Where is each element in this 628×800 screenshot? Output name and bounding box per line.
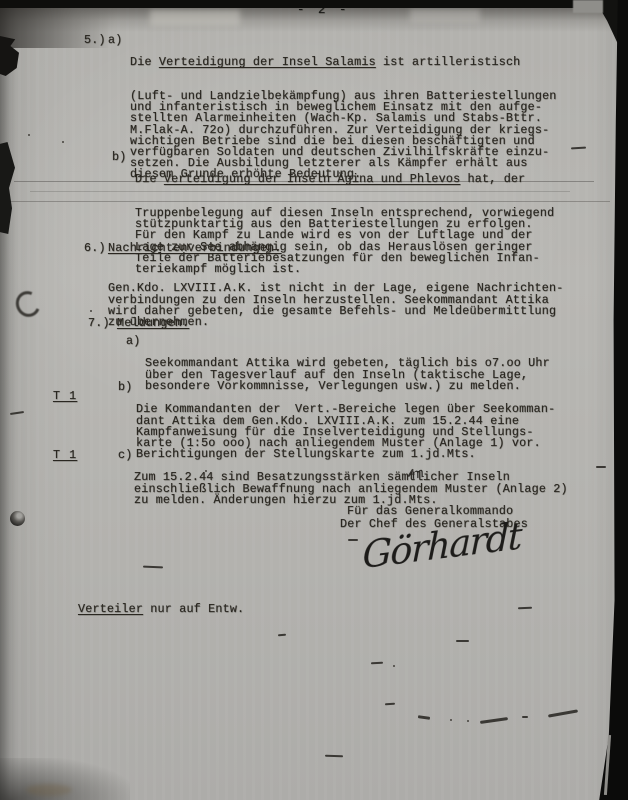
item-label-7b: b)	[118, 382, 132, 393]
item-label-7c: c)	[118, 450, 132, 461]
text-run: ist artilleristisch	[376, 55, 521, 69]
speck	[62, 141, 64, 143]
speck	[450, 719, 452, 721]
text-run: Die	[135, 172, 164, 186]
pencil-dash	[456, 640, 469, 642]
scan-edge-left	[0, 0, 16, 800]
section-number-7: 7.)	[88, 318, 110, 329]
pencil-dash	[596, 466, 606, 468]
hole-punch-mark	[10, 511, 25, 526]
distribution-note: Verteiler nur auf Entw.	[78, 604, 244, 615]
torn-paper-patch	[573, 0, 603, 13]
text-run: nur auf Entw.	[143, 602, 244, 616]
speck	[393, 665, 395, 667]
scanned-document-page: - 2 - 5.) a) Die Verteidigung der Insel …	[0, 0, 628, 800]
margin-note-t1: T 1	[53, 391, 77, 402]
section-number-5: 5.)	[84, 35, 106, 46]
pencil-dash	[348, 539, 358, 541]
margin-note-t1: T 1	[53, 450, 77, 461]
top-left-shade	[0, 6, 150, 48]
text-run: hat, der	[460, 172, 525, 186]
underlined-phrase: Verteidigung der Insel Salamis	[159, 55, 376, 69]
section-heading-6: Nachrichtenverbindungen.	[108, 243, 282, 254]
top-light-patch	[410, 9, 480, 23]
speck	[90, 310, 92, 312]
item-label-7a: a)	[126, 336, 140, 347]
speck	[467, 720, 469, 722]
paragraph-lines: Zum 15.2.44 sind Besatzungsstärken sämtl…	[134, 472, 568, 506]
pencil-dash	[522, 716, 528, 718]
closing-line-1: Für das Generalkommando	[347, 506, 513, 517]
section-heading-7: Meldungen.	[117, 318, 189, 329]
top-light-patch	[150, 10, 240, 26]
underlined-phrase: Verteiler	[78, 602, 143, 616]
stain	[26, 784, 72, 796]
section-number-6: 6.)	[84, 243, 106, 254]
text-run: Die	[130, 55, 159, 69]
item-label-5a: a)	[108, 35, 122, 46]
item-label-5b: b)	[112, 152, 126, 163]
scan-edge-top	[0, 0, 628, 8]
paragraph-line: Die Verteidigung der Insel Salamis ist a…	[130, 57, 557, 68]
underlined-phrase: Verteidigung der Inseln Ägina und Phlevo…	[164, 172, 460, 186]
speck	[28, 134, 30, 136]
paragraph-line: Die Verteidigung der Inseln Ägina und Ph…	[135, 174, 554, 185]
